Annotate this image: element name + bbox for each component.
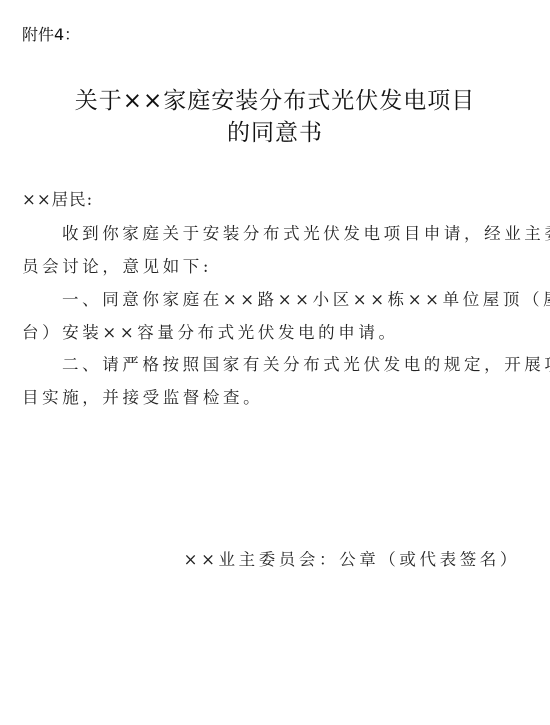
paragraph-1-line-2: 员会讨论，意见如下: [22, 253, 212, 277]
paragraph-3-line-1: 二、请严格按照国家有关分布式光伏发电的规定，开展项 [62, 351, 550, 375]
salutation: ××居民: [22, 186, 93, 210]
paragraph-1-line-1: 收到你家庭关于安装分布式光伏发电项目申请，经业主委 [62, 220, 550, 244]
paragraph-2-line-2: 台）安装××容量分布式光伏发电的申请。 [22, 319, 399, 343]
paragraph-3-line-2: 目实施，并接受监督检查。 [22, 384, 263, 408]
attachment-label: 附件4： [22, 22, 80, 45]
document-title-line-1: 关于××家庭安装分布式光伏发电项目 [0, 82, 550, 115]
document-title-line-2: 的同意书 [0, 114, 550, 147]
paragraph-2-line-1: 一、同意你家庭在××路××小区××栋××单位屋顶（屋面、阳 [62, 286, 550, 310]
signature-line: ××业主委员会：公章（或代表签名） [184, 546, 520, 570]
